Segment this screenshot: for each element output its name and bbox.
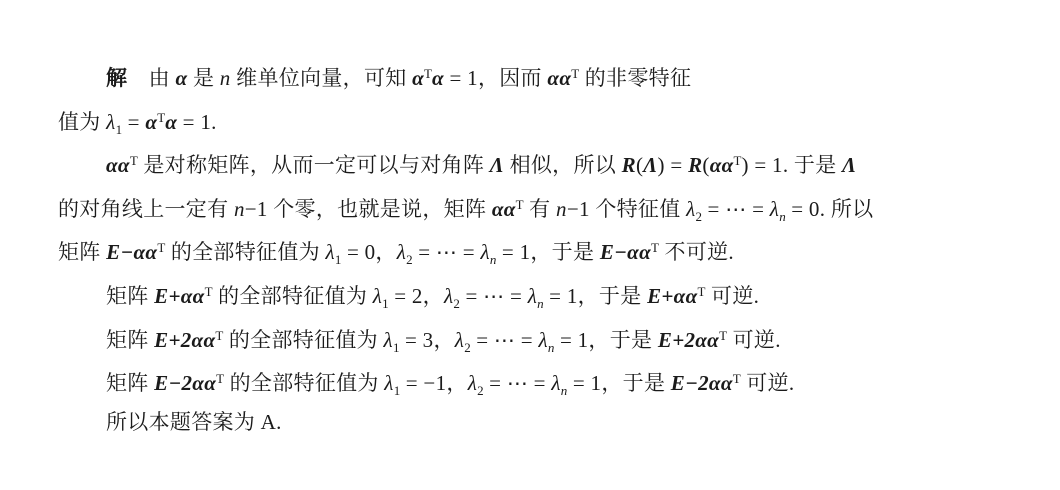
text-run: T <box>424 66 432 81</box>
text-run: T <box>733 371 741 386</box>
text-run: E+2αα <box>658 328 719 352</box>
text-run: T <box>157 110 165 125</box>
text-run: 可逆. <box>705 284 759 308</box>
text-run: = 1，于是 <box>544 284 648 308</box>
text-run: λ <box>468 371 477 395</box>
text-run: T <box>216 371 224 386</box>
text-run: = −1， <box>400 371 468 395</box>
text-run: 矩阵 <box>106 284 154 308</box>
text-run: = ⋯ = <box>471 328 539 352</box>
text-run: 的非零特征 <box>579 66 691 90</box>
text-run: λ <box>325 240 334 264</box>
text-run: T <box>571 66 579 81</box>
text-line: 的对角线上一定有 n−1 个零，也就是说，矩阵 ααT 有 n−1 个特征值 λ… <box>58 183 1020 227</box>
text-run: α <box>412 66 424 90</box>
text-run: 的对角线上一定有 <box>58 197 234 221</box>
text-run: T <box>651 240 659 255</box>
text-run: E+2αα <box>154 328 215 352</box>
text-run: λ <box>480 240 489 264</box>
text-run: = ⋯ = <box>413 240 481 264</box>
text-run: = 2， <box>389 284 444 308</box>
text-line: ααT 是对称矩阵，从而一定可以与对角阵 Λ 相似，所以 R(Λ) = R(αα… <box>58 139 1020 183</box>
text-run: 矩阵 <box>106 371 154 395</box>
text-run: 可逆. <box>741 371 795 395</box>
text-line: 解 由 α 是 n 维单位向量，可知 αTα = 1，因而 ααT 的非零特征 <box>58 52 1020 96</box>
text-run: T <box>205 284 213 299</box>
text-line: 矩阵 E−ααT 的全部特征值为 λ1 = 0，λ2 = ⋯ = λn = 1，… <box>58 226 1020 270</box>
text-run: αα <box>106 153 130 177</box>
text-run: 的全部特征值为 <box>224 371 384 395</box>
text-run: λ <box>455 328 464 352</box>
text-run: = <box>122 110 145 134</box>
text-run: λ <box>384 328 393 352</box>
text-run: Λ <box>643 153 657 177</box>
text-run: −1 个零，也就是说，矩阵 <box>245 197 492 221</box>
text-run: λ <box>528 284 537 308</box>
text-run: 可逆. <box>727 328 781 352</box>
text-run: = 1. <box>177 110 217 134</box>
text-run: 所以本题答案为 A. <box>106 410 282 434</box>
text-run: α <box>175 66 187 90</box>
text-run: ( <box>702 153 709 177</box>
text-run: n <box>556 197 567 221</box>
text-run: R <box>622 153 636 177</box>
text-run: λ <box>106 110 115 134</box>
text-run: α <box>145 110 157 134</box>
text-run: λ <box>444 284 453 308</box>
text-run: = 1，于是 <box>554 328 658 352</box>
text-run: 矩阵 <box>106 328 154 352</box>
text-run: 不可逆. <box>659 240 734 264</box>
text-run: E+αα <box>647 284 697 308</box>
text-run: = ⋯ = <box>484 371 552 395</box>
text-run: 解 <box>106 66 127 90</box>
text-run: n <box>220 66 231 90</box>
text-run: 相似，所以 <box>504 153 622 177</box>
document-page: 解 由 α 是 n 维单位向量，可知 αTα = 1，因而 ααT 的非零特征值… <box>0 0 1060 490</box>
text-line: 矩阵 E+2ααT 的全部特征值为 λ1 = 3，λ2 = ⋯ = λn = 1… <box>58 314 1020 358</box>
text-run: 是对称矩阵，从而一定可以与对角阵 <box>138 153 490 177</box>
text-run: n <box>234 197 245 221</box>
text-run: T <box>719 328 727 343</box>
text-run: = 0. 所以 <box>786 197 874 221</box>
text-run: 矩阵 <box>58 240 106 264</box>
text-run: R <box>688 153 702 177</box>
solution-text: 解 由 α 是 n 维单位向量，可知 αTα = 1，因而 ααT 的非零特征值… <box>58 52 1020 444</box>
text-run: λ <box>770 197 779 221</box>
text-run: E−αα <box>106 240 157 264</box>
text-run: = 1，于是 <box>567 371 671 395</box>
text-run: 的全部特征值为 <box>223 328 383 352</box>
text-run: 由 <box>127 66 175 90</box>
text-run: 的全部特征值为 <box>165 240 325 264</box>
text-run: Λ <box>490 153 504 177</box>
text-run: α <box>432 66 444 90</box>
text-run: E−2αα <box>671 371 733 395</box>
text-run: λ <box>538 328 547 352</box>
text-run: T <box>516 197 524 212</box>
text-run: 的全部特征值为 <box>213 284 373 308</box>
text-run: E+αα <box>154 284 204 308</box>
text-line: 所以本题答案为 A. <box>58 401 1020 445</box>
text-run: E−αα <box>600 240 651 264</box>
text-run: αα <box>710 153 734 177</box>
text-run: α <box>165 110 177 134</box>
text-run: = 1，于是 <box>496 240 600 264</box>
text-run: ) = 1. 于是 <box>742 153 843 177</box>
text-run: T <box>734 153 742 168</box>
text-line: 矩阵 E+ααT 的全部特征值为 λ1 = 2，λ2 = ⋯ = λn = 1，… <box>58 270 1020 314</box>
text-run: λ <box>397 240 406 264</box>
text-run: = ⋯ = <box>460 284 528 308</box>
text-run: 有 <box>524 197 556 221</box>
text-run: Λ <box>842 153 856 177</box>
text-run: λ <box>384 371 393 395</box>
text-run: λ <box>373 284 382 308</box>
text-run: E−2αα <box>154 371 216 395</box>
text-run: ) = <box>658 153 689 177</box>
text-run: = 0， <box>341 240 396 264</box>
text-run: 值为 <box>58 110 106 134</box>
text-run: 是 <box>187 66 219 90</box>
text-run: 维单位向量，可知 <box>231 66 413 90</box>
text-run: −1 个特征值 <box>567 197 686 221</box>
text-run: = 3， <box>399 328 454 352</box>
text-run: λ <box>551 371 560 395</box>
text-run: T <box>130 153 138 168</box>
text-run: = ⋯ = <box>702 197 770 221</box>
text-run: = 1，因而 <box>444 66 548 90</box>
text-line: 矩阵 E−2ααT 的全部特征值为 λ1 = −1，λ2 = ⋯ = λn = … <box>58 357 1020 401</box>
text-line: 值为 λ1 = αTα = 1. <box>58 96 1020 140</box>
text-run: αα <box>492 197 516 221</box>
text-run: αα <box>547 66 571 90</box>
